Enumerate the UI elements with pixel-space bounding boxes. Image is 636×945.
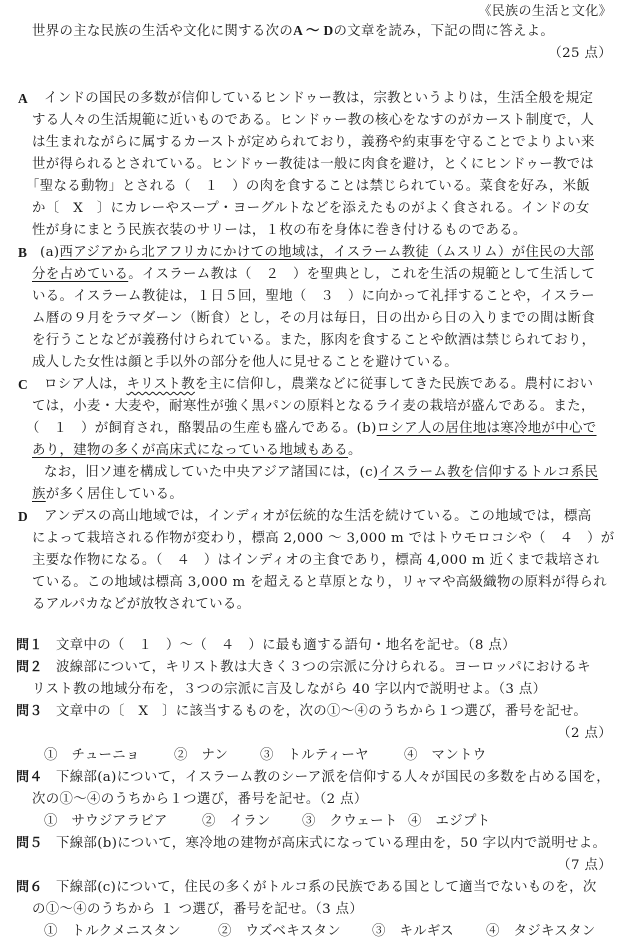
passage-line: する人々の生活規範に近いものである。ヒンドゥー教の核心をなすのがカースト制度で，…: [32, 111, 594, 131]
underline-marker-c: (c): [360, 465, 379, 480]
passage-line: ム暦の９月をラマダーン（断食）とし，その月は毎日，日の出から日の入りまでの間は断…: [32, 309, 595, 329]
instruction-text-end: の文章を読み，下記の問に答えよ。: [334, 24, 555, 39]
choice: ④ タジキスタン: [486, 922, 596, 942]
choice: ① トルクメニスタン: [44, 922, 181, 942]
passage-line: 族が多く居住している。: [32, 485, 183, 505]
question-label: 問２: [16, 658, 43, 678]
passage-line: ては，小麦・大麦や，耐寒性が強く黒パンの原料となるライ麦の栽培が盛んである。また…: [32, 397, 595, 417]
passage-text: なお，旧ソ連を構成していた中央アジア諸国には，: [44, 465, 360, 480]
passage-line: ロシア人は，キリスト教を主に信仰し，農業などに従事してきた民族である。農村におい: [44, 375, 593, 395]
underlined-text-a-cont: 分を占めている: [32, 267, 128, 282]
passage-text: ロシア人は，: [44, 377, 126, 392]
choice: ④ エジプト: [408, 812, 490, 832]
question-label: 問３: [16, 702, 43, 722]
choice: ① サウジアラビア: [44, 812, 168, 832]
passage-line: なお，旧ソ連を構成していた中央アジア諸国には，(c)イスラーム教を信仰するトルコ…: [44, 463, 598, 483]
passage-label: A: [18, 89, 28, 109]
passage-text: を主に信仰し，農業などに従事してきた民族である。農村におい: [195, 377, 593, 392]
passage-label: B: [18, 243, 27, 263]
passage-line: は生まれながらに属するカーストが定められており，義務や約束事を守ることでよりよい…: [32, 133, 595, 153]
underlined-text-a: 西アジアから北アフリカにかけての地域は，イスラーム教徒（ムスリム）が住民の大部: [59, 245, 594, 260]
question-text: 下線部(a)について，イスラーム教のシーア派を信仰する人々が国民の多数を占める国…: [56, 768, 610, 788]
passage-line: インドの国民の多数が信仰しているヒンドゥー教は，宗教というよりは，生活全般を規定: [44, 89, 593, 109]
choice: ④ マントウ: [404, 746, 486, 766]
question-label: 問５: [16, 834, 43, 854]
instruction-range: A ～ D: [293, 23, 333, 38]
passage-text: 。: [348, 443, 362, 458]
passage-line: アンデスの高山地域では，インディオが伝統的な生活を続けている。この地域では，標高: [44, 507, 591, 527]
question-text: 次の①～④のうちから１つ選び，番号を記せ。（2 点）: [32, 790, 368, 810]
passage-line: （ １ ）が飼育され，酪製品の生産も盛んである。(b)ロシア人の居住地は寒冷地が…: [26, 419, 597, 439]
choice: ③ トルティーヤ: [260, 746, 369, 766]
passage-label: C: [18, 375, 28, 395]
underlined-text-b: ロシア人の居住地は寒冷地が中心で: [377, 421, 597, 436]
passage-label: D: [18, 507, 28, 527]
choice: ③ クウェート: [302, 812, 398, 832]
passage-line: (a)西アジアから北アフリカにかけての地域は，イスラーム教徒（ムスリム）が住民の…: [40, 243, 594, 263]
question-text: 文章中の（ １ ）～（ ４ ）に最も適する語句・地名を記せ。（8 点）: [56, 636, 516, 656]
question-text: 下線部(c)について，住民の多くがトルコ系の民族である国として適当でないものを，…: [56, 878, 597, 898]
passage-line: 分を占めている。イスラーム教は（ ２ ）を聖典とし，これを生活の規範として生活し…: [32, 265, 595, 285]
passage-line: によって栽培される作物が変わり，標高 2,000 ～ 3,000 m ではトウモ…: [32, 529, 614, 549]
question-text: 文章中の〔 X 〕に該当するものを，次の①～④のうちから１つ選び，番号を記せ。: [56, 702, 587, 722]
underlined-text-b-cont: あり，建物の多くが高床式になっている地域もある: [32, 443, 348, 458]
passage-line: 世が得られるとされている。ヒンドゥー教徒は一般に肉食を避け，とくにヒンドゥー教で…: [32, 155, 594, 175]
question-text: リスト教の地域分布を，３つの宗派に言及しながら 40 字以内で説明せよ。（3 点…: [32, 680, 546, 700]
underlined-text-c-cont: 族: [32, 487, 46, 502]
choice: ② イラン: [202, 812, 271, 832]
passage-line: いる。イスラーム教徒は，１日５回，聖地（ ３ ）に向かって礼拝することや，イスラ…: [32, 287, 595, 307]
question-points: （7 点）: [557, 856, 612, 876]
passage-line: 性が身にまとう民族衣装のサリーは，１枚の布を身体に巻き付けるものである。: [32, 221, 527, 241]
question-points: （2 点）: [557, 724, 612, 744]
passage-text: 。イスラーム教は（ ２ ）を聖典とし，これを生活の規範として生活して: [128, 267, 595, 282]
choice: ③ キルギス: [372, 922, 454, 942]
question-label: 問４: [16, 768, 43, 788]
question-text: の①～④のうちから １ つ選び，番号を記せ。（3 点）: [32, 900, 363, 920]
choice: ② ナン: [174, 746, 228, 766]
question-text: 下線部(b)について，寒冷地の建物が高床式になっている理由を，50 字以内で説明…: [56, 834, 606, 854]
instruction-text: 世界の主な民族の生活や文化に関する次の: [32, 24, 293, 39]
passage-line: 成人した女性は顔と手以外の部分を他人に見せることを避けている。: [32, 353, 458, 373]
underline-marker-b: (b): [357, 421, 377, 436]
underlined-text-c: イスラーム教を信仰するトルコ系民: [379, 465, 599, 480]
question-label: 問１: [16, 636, 43, 656]
passage-text: （ １ ）が飼育され，酪製品の生産も盛んである。: [26, 421, 357, 436]
choice: ① チューニョ: [44, 746, 140, 766]
passage-line: るアルパカなどが放牧されている。: [32, 595, 250, 615]
passage-text: が多く居住している。: [46, 487, 183, 502]
instruction: 世界の主な民族の生活や文化に関する次のA ～ Dの文章を読み，下記の問に答えよ。: [32, 21, 554, 42]
underline-marker-a: (a): [40, 245, 59, 260]
question-label: 問６: [16, 878, 43, 898]
passage-line: あり，建物の多くが高床式になっている地域もある。: [32, 441, 362, 461]
total-points: （25 点）: [548, 44, 612, 64]
choice: ② ウズベキスタン: [218, 922, 341, 942]
section-title: 《民族の生活と文化》: [478, 2, 612, 22]
question-text: 波線部について，キリスト教は大きく３つの宗派に分けられる。ヨーロッパにおけるキ: [56, 658, 591, 678]
passage-line: ている。この地域は標高 3,000 m を超えると草原となり，リャマや高級織物の…: [32, 573, 607, 593]
passage-line: 「聖なる動物」とされる（ １ ）の肉を食することは禁じられている。菜食を好み，米…: [26, 177, 590, 197]
wavy-underlined-text: キリスト教: [126, 377, 194, 392]
passage-line: 主要な作物になる。（ ４ ）はインディオの主食であり，標高 4,000 m 近く…: [32, 551, 600, 571]
passage-line: を行うことなどが義務付けられている。また，豚肉を食することや飲酒は禁じられており…: [32, 331, 595, 351]
passage-line: か〔 X 〕にカレーやスープ・ヨーグルトなどを添えたものがよく食される。インドの…: [32, 199, 590, 219]
